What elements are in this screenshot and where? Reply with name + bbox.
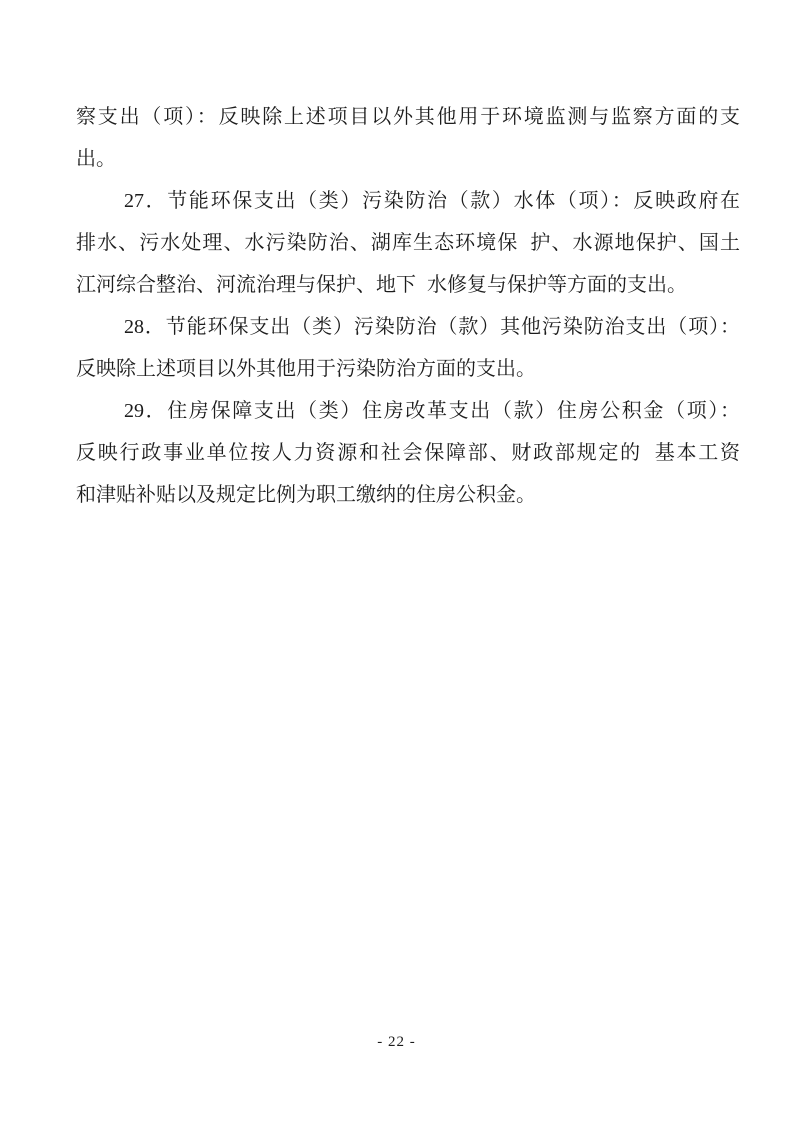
text-line: 反映行政事业单位按人力资源和社会保障部、财政部规定的 基本工资 <box>76 432 740 474</box>
paragraph-27: 27．节能环保支出（类）污染防治（款）水体（项）：反映政府在 排水、污水处理、水… <box>76 180 740 306</box>
text-line: 29．住房保障支出（类）住房改革支出（款）住房公积金（项）： <box>76 390 740 432</box>
paragraph-28: 28．节能环保支出（类）污染防治（款）其他污染防治支出（项）： 反映除上述项目以… <box>76 306 740 390</box>
text-line: 出。 <box>76 138 740 180</box>
text-line: 和津贴补贴以及规定比例为职工缴纳的住房公积金。 <box>76 474 740 516</box>
document-page: 察支出（项）：反映除上述项目以外其他用于环境监测与监察方面的支 出。 27．节能… <box>0 0 793 1122</box>
page-number: - 22 - <box>0 1034 793 1051</box>
text-line: 27．节能环保支出（类）污染防治（款）水体（项）：反映政府在 <box>76 180 740 222</box>
paragraph-26-continuation: 察支出（项）：反映除上述项目以外其他用于环境监测与监察方面的支 出。 <box>76 96 740 180</box>
paragraph-29: 29．住房保障支出（类）住房改革支出（款）住房公积金（项）： 反映行政事业单位按… <box>76 390 740 516</box>
text-line: 28．节能环保支出（类）污染防治（款）其他污染防治支出（项）： <box>76 306 740 348</box>
text-line: 江河综合整治、河流治理与保护、地下 水修复与保护等方面的支出。 <box>76 264 740 306</box>
text-line: 排水、污水处理、水污染防治、湖库生态环境保 护、水源地保护、国土 <box>76 222 740 264</box>
text-line: 反映除上述项目以外其他用于污染防治方面的支出。 <box>76 348 740 390</box>
text-block: 察支出（项）：反映除上述项目以外其他用于环境监测与监察方面的支 出。 27．节能… <box>76 96 740 516</box>
text-line: 察支出（项）：反映除上述项目以外其他用于环境监测与监察方面的支 <box>76 96 740 138</box>
